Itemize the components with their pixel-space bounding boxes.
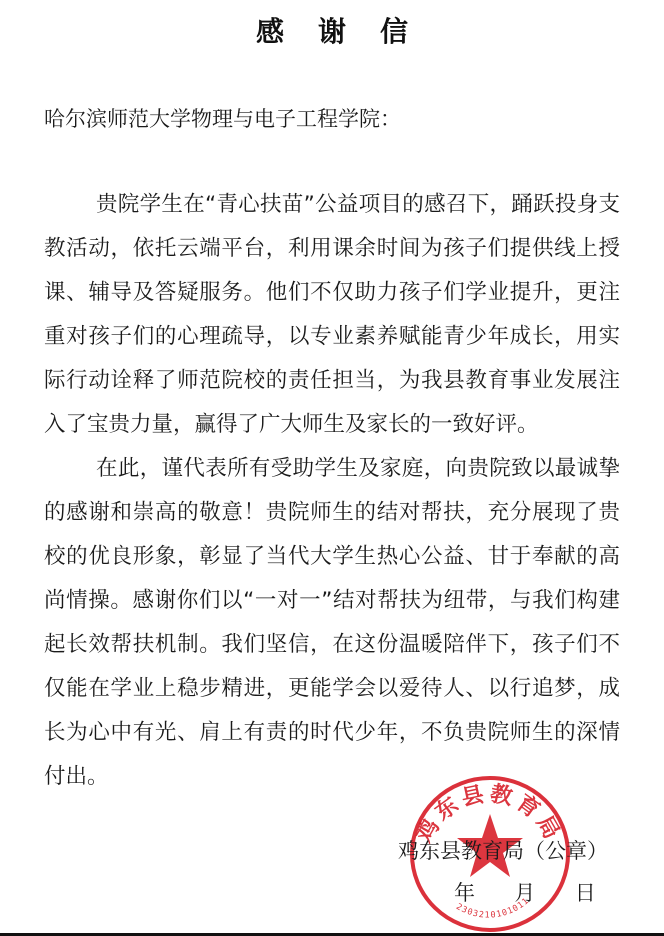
paragraph-text: 贵院学生在“青心扶苗”公益项目的感召下，踊跃投身支教活动，依托云端平台，利用课余… [44, 183, 620, 447]
issuer-signature: 鸡东县教育局（公章） [398, 836, 608, 866]
date-month-label: 月 [514, 878, 535, 908]
letter-page: 感谢信 哈尔滨师范大学物理与电子工程学院： 贵院学生在“青心扶苗”公益项目的感召… [0, 0, 664, 933]
paragraph-text: 在此，谨代表所有受助学生及家庭，向贵院致以最诚挚的感谢和崇高的敬意！贵院师生的结… [44, 447, 620, 799]
date-line: 年 月 日 [454, 878, 596, 908]
letter-title: 感谢信 [0, 12, 664, 52]
body-paragraph-1: 贵院学生在“青心扶苗”公益项目的感召下，踊跃投身支教活动，依托云端平台，利用课余… [44, 183, 620, 447]
salutation: 哈尔滨师范大学物理与电子工程学院： [44, 104, 401, 134]
date-day-label: 日 [575, 878, 596, 908]
body-paragraph-2: 在此，谨代表所有受助学生及家庭，向贵院致以最诚挚的感谢和崇高的敬意！贵院师生的结… [44, 447, 620, 799]
date-year-label: 年 [454, 878, 475, 908]
